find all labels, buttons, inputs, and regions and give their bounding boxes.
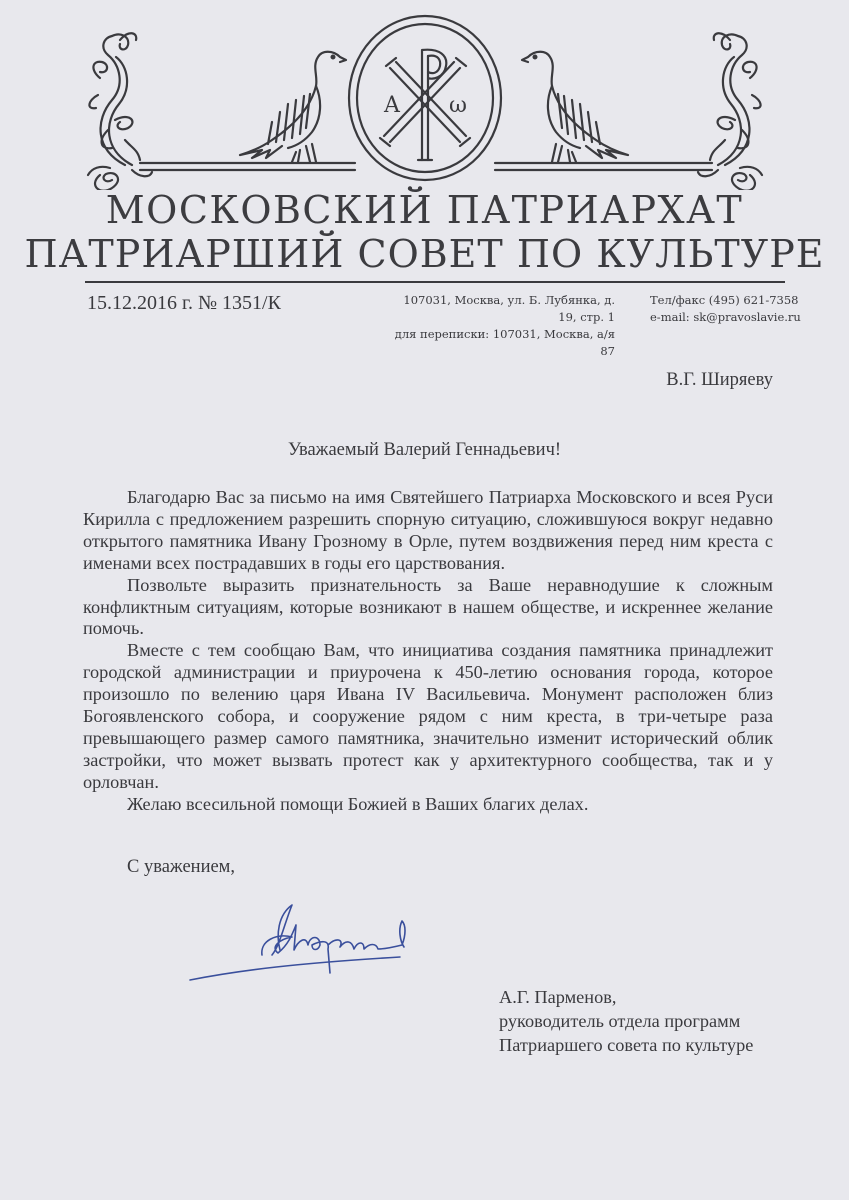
phone-fax: Тел/факс (495) 621-7358 (650, 292, 810, 309)
left-dove-icon (240, 52, 346, 162)
letterhead: А ω МОСКОВСКИЙ ПАТРИАРХАТ ПАТРИАРШИЙ СОВ… (0, 0, 849, 330)
letterhead-ornament-icon: А ω (0, 0, 849, 190)
chi-rho-medallion-icon (349, 16, 501, 180)
signer-title-1: руководитель отдела программ (499, 1009, 753, 1033)
address-line-1: 107031, Москва, ул. Б. Лубянка, д. 19, с… (385, 292, 615, 326)
body-paragraph: Благодарю Вас за письмо на имя Святейшег… (83, 487, 773, 575)
org-name-line-2: ПАТРИАРШИЙ СОВЕТ ПО КУЛЬТУРЕ (0, 232, 849, 276)
letter-body: Благодарю Вас за письмо на имя Святейшег… (83, 487, 773, 816)
body-paragraph: Желаю всесильной помощи Божией в Ваших б… (83, 794, 773, 816)
body-paragraph: Позвольте выразить признательность за Ва… (83, 575, 773, 641)
signer-title-2: Патриаршего совета по культуре (499, 1033, 753, 1057)
letterhead-divider (85, 281, 785, 283)
closing-phrase: С уважением, (127, 857, 235, 878)
signer-block: А.Г. Парменов, руководитель отдела прогр… (499, 985, 753, 1057)
address-line-2: для переписки: 107031, Москва, а/я 87 (385, 326, 615, 360)
contact-info: Тел/факс (495) 621-7358 e-mail: sk@pravo… (650, 292, 810, 326)
omega-letter: ω (449, 93, 467, 118)
letter-reference: 15.12.2016 г. № 1351/К (87, 292, 281, 315)
email-address[interactable]: e-mail: sk@pravoslavie.ru (650, 309, 810, 326)
alpha-letter: А (384, 93, 401, 118)
signer-name: А.Г. Парменов, (499, 985, 753, 1009)
right-vine-ornament-icon (698, 33, 762, 190)
salutation: Уважаемый Валерий Геннадьевич! (0, 440, 849, 461)
org-name-line-1: МОСКОВСКИЙ ПАТРИАРХАТ (0, 188, 849, 232)
handwritten-signature-icon (180, 895, 440, 985)
postal-address: 107031, Москва, ул. Б. Лубянка, д. 19, с… (385, 292, 615, 360)
body-paragraph: Вместе с тем сообщаю Вам, что инициатива… (83, 640, 773, 793)
right-dove-icon (522, 52, 628, 162)
left-vine-ornament-icon (88, 33, 152, 190)
addressee: В.Г. Ширяеву (600, 370, 773, 391)
letter-page: А ω МОСКОВСКИЙ ПАТРИАРХАТ ПАТРИАРШИЙ СОВ… (0, 0, 849, 1200)
